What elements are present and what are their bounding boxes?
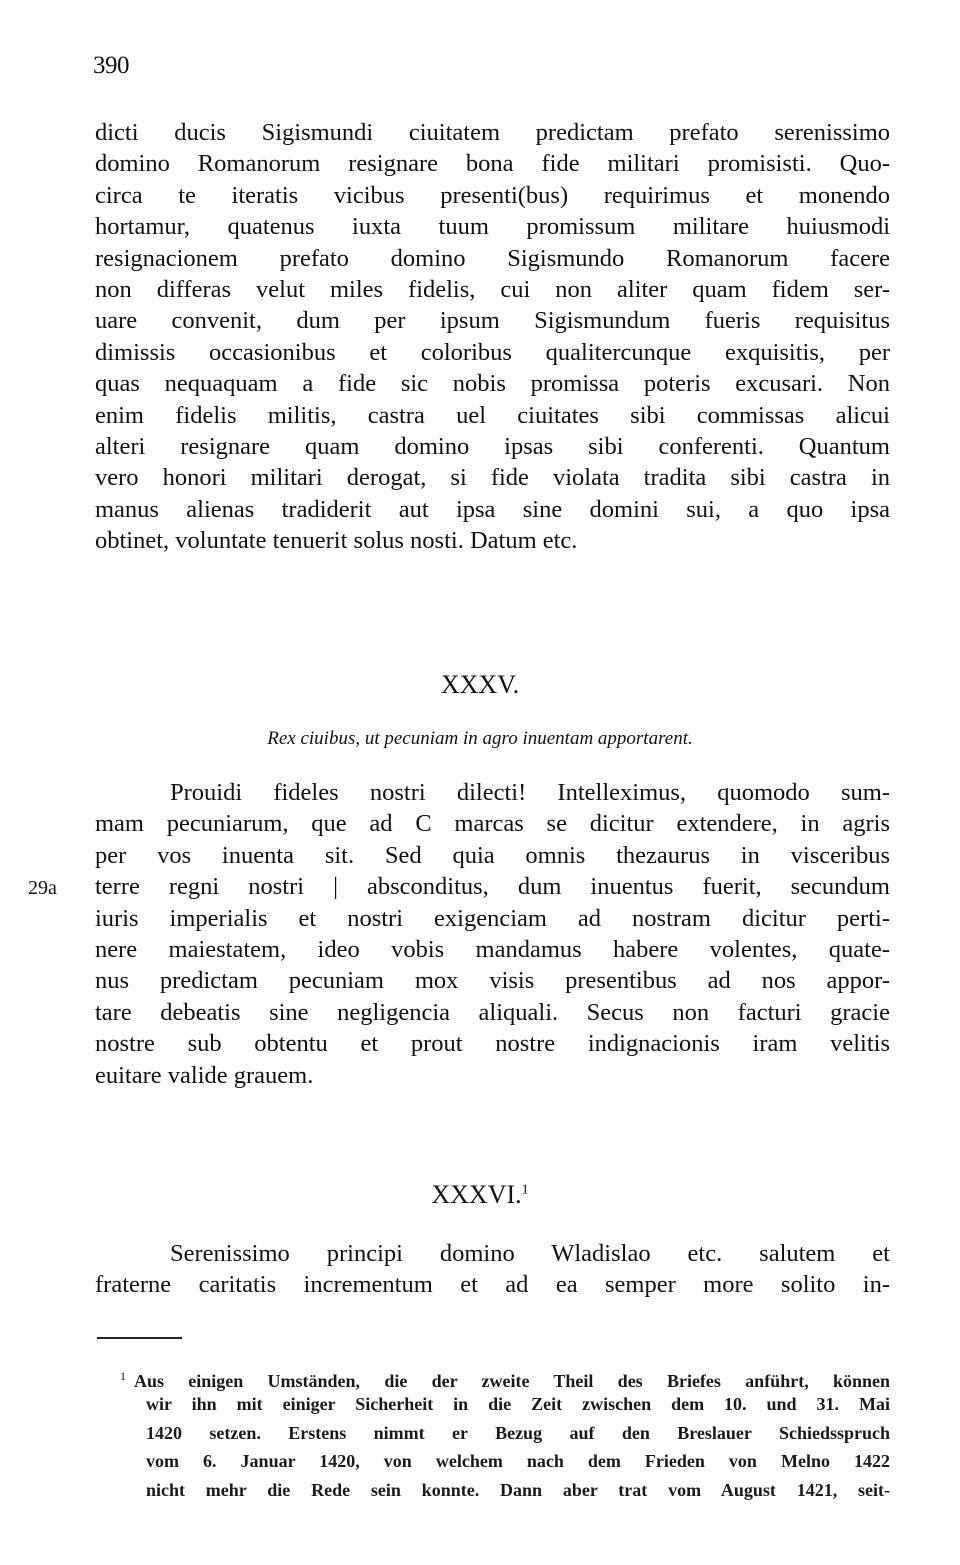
text-line: Prouidi fideles nostri dilecti! Intellex… <box>95 777 890 808</box>
text-line: Serenissimo principi domino Wladislao et… <box>95 1238 890 1269</box>
letter-xxxvi-body: Serenissimo principi domino Wladislao et… <box>95 1238 890 1301</box>
footnote-line: vom 6. Januar 1420, von welchem nach dem… <box>120 1447 890 1475</box>
text-line: manus alienas tradiderit aut ipsa sine d… <box>95 494 890 525</box>
text-line: nere maiestatem, ideo vobis mandamus hab… <box>95 934 890 965</box>
section-subtitle-xxxv: Rex ciuibus, ut pecuniam in agro inuenta… <box>0 728 960 750</box>
previous-letter-body: dicti ducis Sigismundi ciuitatem predict… <box>95 117 890 556</box>
section-heading-xxxvi: XXXVI.1 <box>0 1180 960 1210</box>
text-line: nus predictam pecuniam mox visis present… <box>95 965 890 996</box>
folio-margin-note: 29a <box>28 877 57 900</box>
section-heading-text: XXXVI. <box>431 1180 521 1209</box>
text-line: domino Romanorum resignare bona fide mil… <box>95 148 890 179</box>
text-line: alteri resignare quam domino ipsas sibi … <box>95 431 890 462</box>
footnote-line: nicht mehr die Rede sein konnte. Dann ab… <box>120 1476 890 1504</box>
text-line: nostre sub obtentu et prout nostre indig… <box>95 1028 890 1059</box>
text-line: obtinet, voluntate tenuerit solus nosti.… <box>95 525 890 556</box>
text-line: dimissis occasionibus et coloribus quali… <box>95 337 890 368</box>
text-line: quas nequaquam a fide sic nobis promissa… <box>95 368 890 399</box>
text-line: terre regni nostri | absconditus, dum in… <box>95 871 890 902</box>
footnote-text: Aus einigen Umständen, die der zweite Th… <box>134 1371 890 1391</box>
footnote-line: 1Aus einigen Umständen, die der zweite T… <box>120 1362 890 1390</box>
text-line: per vos inuenta sit. Sed quia omnis thez… <box>95 840 890 871</box>
text-line: hortamur, quatenus iuxta tuum promissum … <box>95 211 890 242</box>
text-line: euitare valide grauem. <box>95 1060 890 1091</box>
letter-xxxv-body: Prouidi fideles nostri dilecti! Intellex… <box>95 777 890 1091</box>
text-line: tare debeatis sine negligencia aliquali.… <box>95 997 890 1028</box>
text-line: vero honori militari derogat, si fide vi… <box>95 462 890 493</box>
footnote: 1Aus einigen Umständen, die der zweite T… <box>120 1362 890 1504</box>
text-line: non differas velut miles fidelis, cui no… <box>95 274 890 305</box>
page-number: 390 <box>93 52 129 80</box>
text-line: fraterne caritatis incrementum et ad ea … <box>95 1269 890 1300</box>
section-heading-xxxv: XXXV. <box>0 670 960 700</box>
footnote-line: wir ihn mit einiger Sicherheit in die Ze… <box>120 1390 890 1418</box>
footnote-number: 1 <box>120 1369 126 1383</box>
footnote-divider <box>97 1337 182 1339</box>
footnote-line: 1420 setzen. Erstens nimmt er Bezug auf … <box>120 1419 890 1447</box>
footnote-reference: 1 <box>522 1182 529 1197</box>
text-line: mam pecuniarum, que ad C marcas se dicit… <box>95 808 890 839</box>
text-line: uare convenit, dum per ipsum Sigismundum… <box>95 305 890 336</box>
text-line: circa te iteratis vicibus presenti(bus) … <box>95 180 890 211</box>
text-line: iuris imperialis et nostri exigenciam ad… <box>95 903 890 934</box>
text-line: dicti ducis Sigismundi ciuitatem predict… <box>95 117 890 148</box>
text-line: enim fidelis militis, castra uel ciuitat… <box>95 400 890 431</box>
text-line: resignacionem prefato domino Sigismundo … <box>95 243 890 274</box>
